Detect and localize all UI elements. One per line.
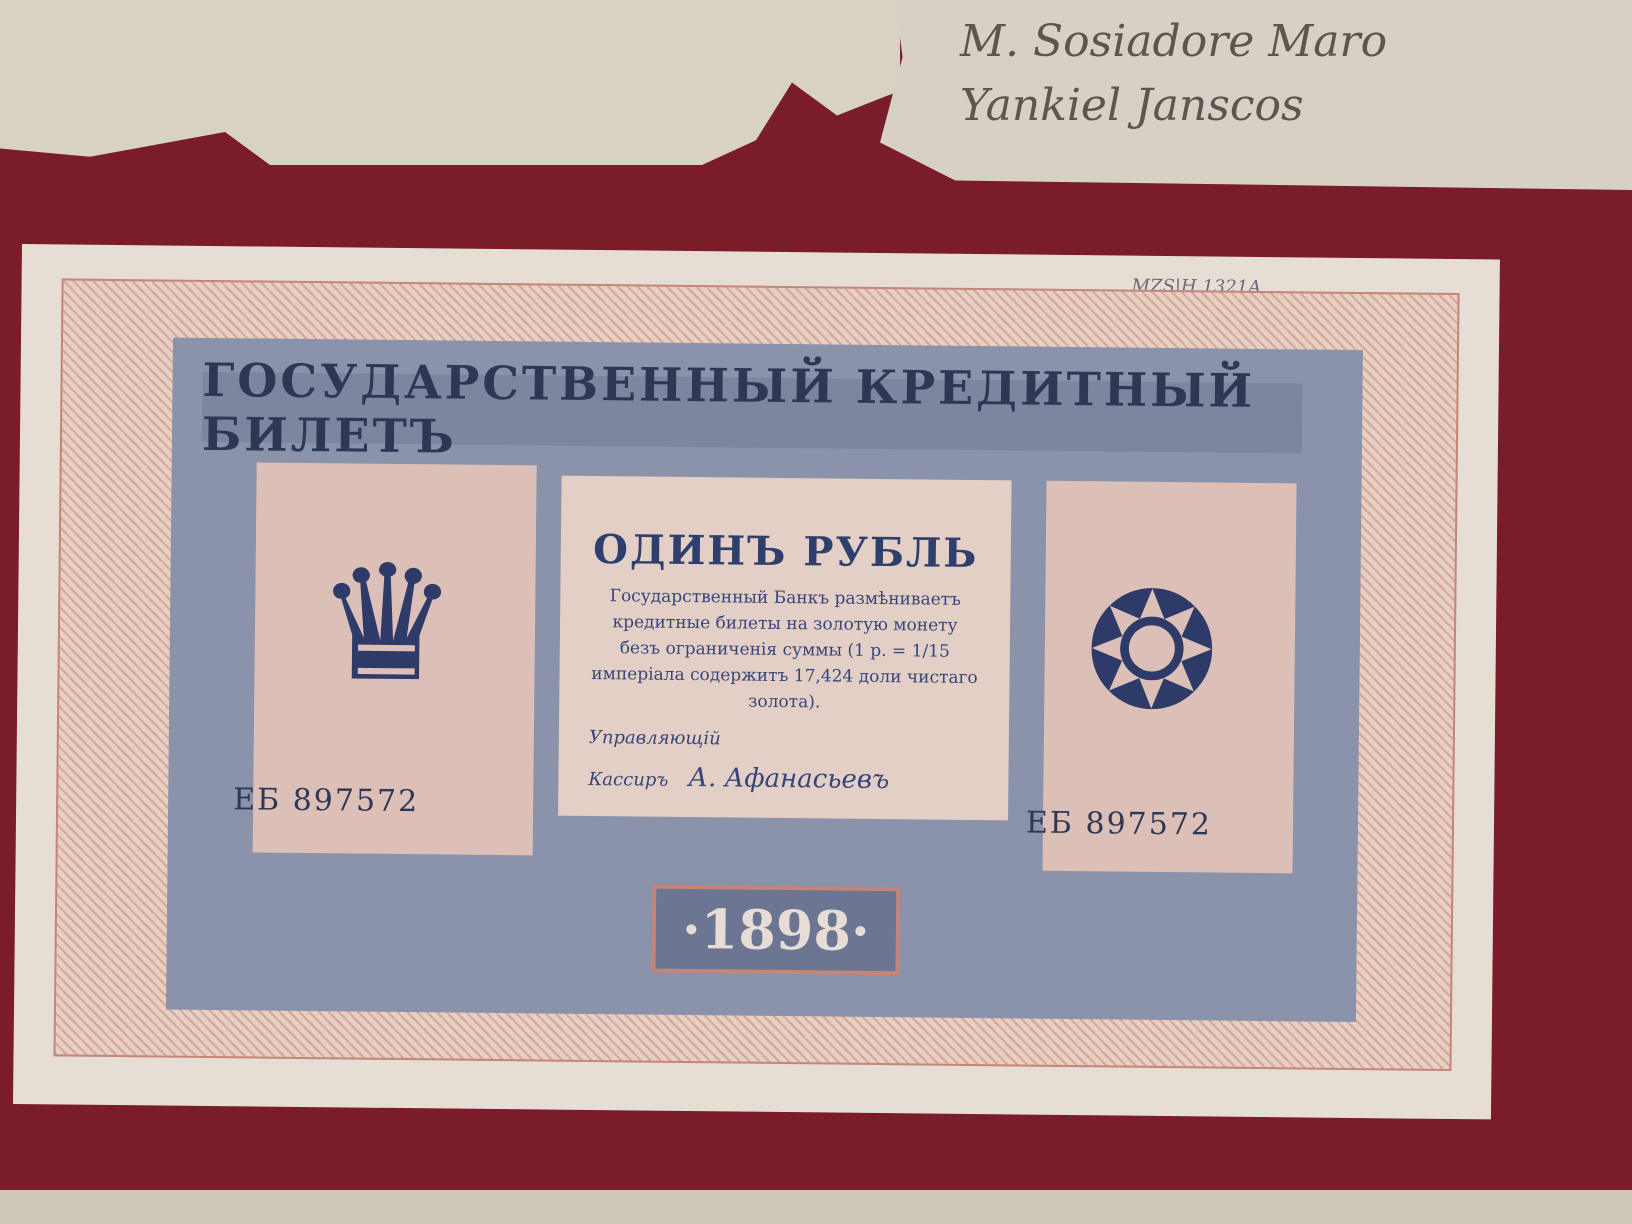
banknote: MZS|H 1321A ГОСУДАРСТВЕННЫЙ КРЕДИТНЫЙ БИ… xyxy=(13,244,1500,1119)
monogram-medallion-icon: ❂ xyxy=(1084,571,1220,732)
year-cartouche: ·1898· xyxy=(651,885,900,976)
manager-line: Управляющій xyxy=(559,727,1009,753)
banknote-guilloche-field: ГОСУДАРСТВЕННЫЙ КРЕДИТНЫЙ БИЛЕТЪ ♛ ❂ ОДИ… xyxy=(53,278,1459,1071)
cashier-label: Кассиръ xyxy=(588,769,668,791)
banknote-header: ГОСУДАРСТВЕННЫЙ КРЕДИТНЫЙ БИЛЕТЪ xyxy=(202,372,1303,454)
serial-number-left: ЕБ 897572 xyxy=(233,782,419,819)
torn-paper-top-left xyxy=(0,0,900,165)
handwriting-line-2: Yankiel Janscos xyxy=(960,74,1387,138)
handwriting-line-1: M. Sosiadore Maro xyxy=(960,10,1387,74)
cashier-line: КассиръА. Афанасьевъ xyxy=(558,762,1008,797)
manager-label: Управляющій xyxy=(589,727,721,749)
serial-number-right: ЕБ 897572 xyxy=(1026,806,1212,843)
promise-text: Государственный Банкъ размѣниваетъ креди… xyxy=(559,573,1010,718)
handwritten-text: M. Sosiadore Maro Yankiel Janscos xyxy=(960,10,1387,138)
denomination: ОДИНЪ РУБЛЬ xyxy=(561,526,1011,578)
double-headed-eagle-icon: ♛ xyxy=(314,543,459,704)
paper-bottom-edge xyxy=(0,1190,1632,1224)
cashier-signature: А. Афанасьевъ xyxy=(688,763,889,795)
center-text-panel: ОДИНЪ РУБЛЬ Государственный Банкъ размѣн… xyxy=(558,476,1012,821)
